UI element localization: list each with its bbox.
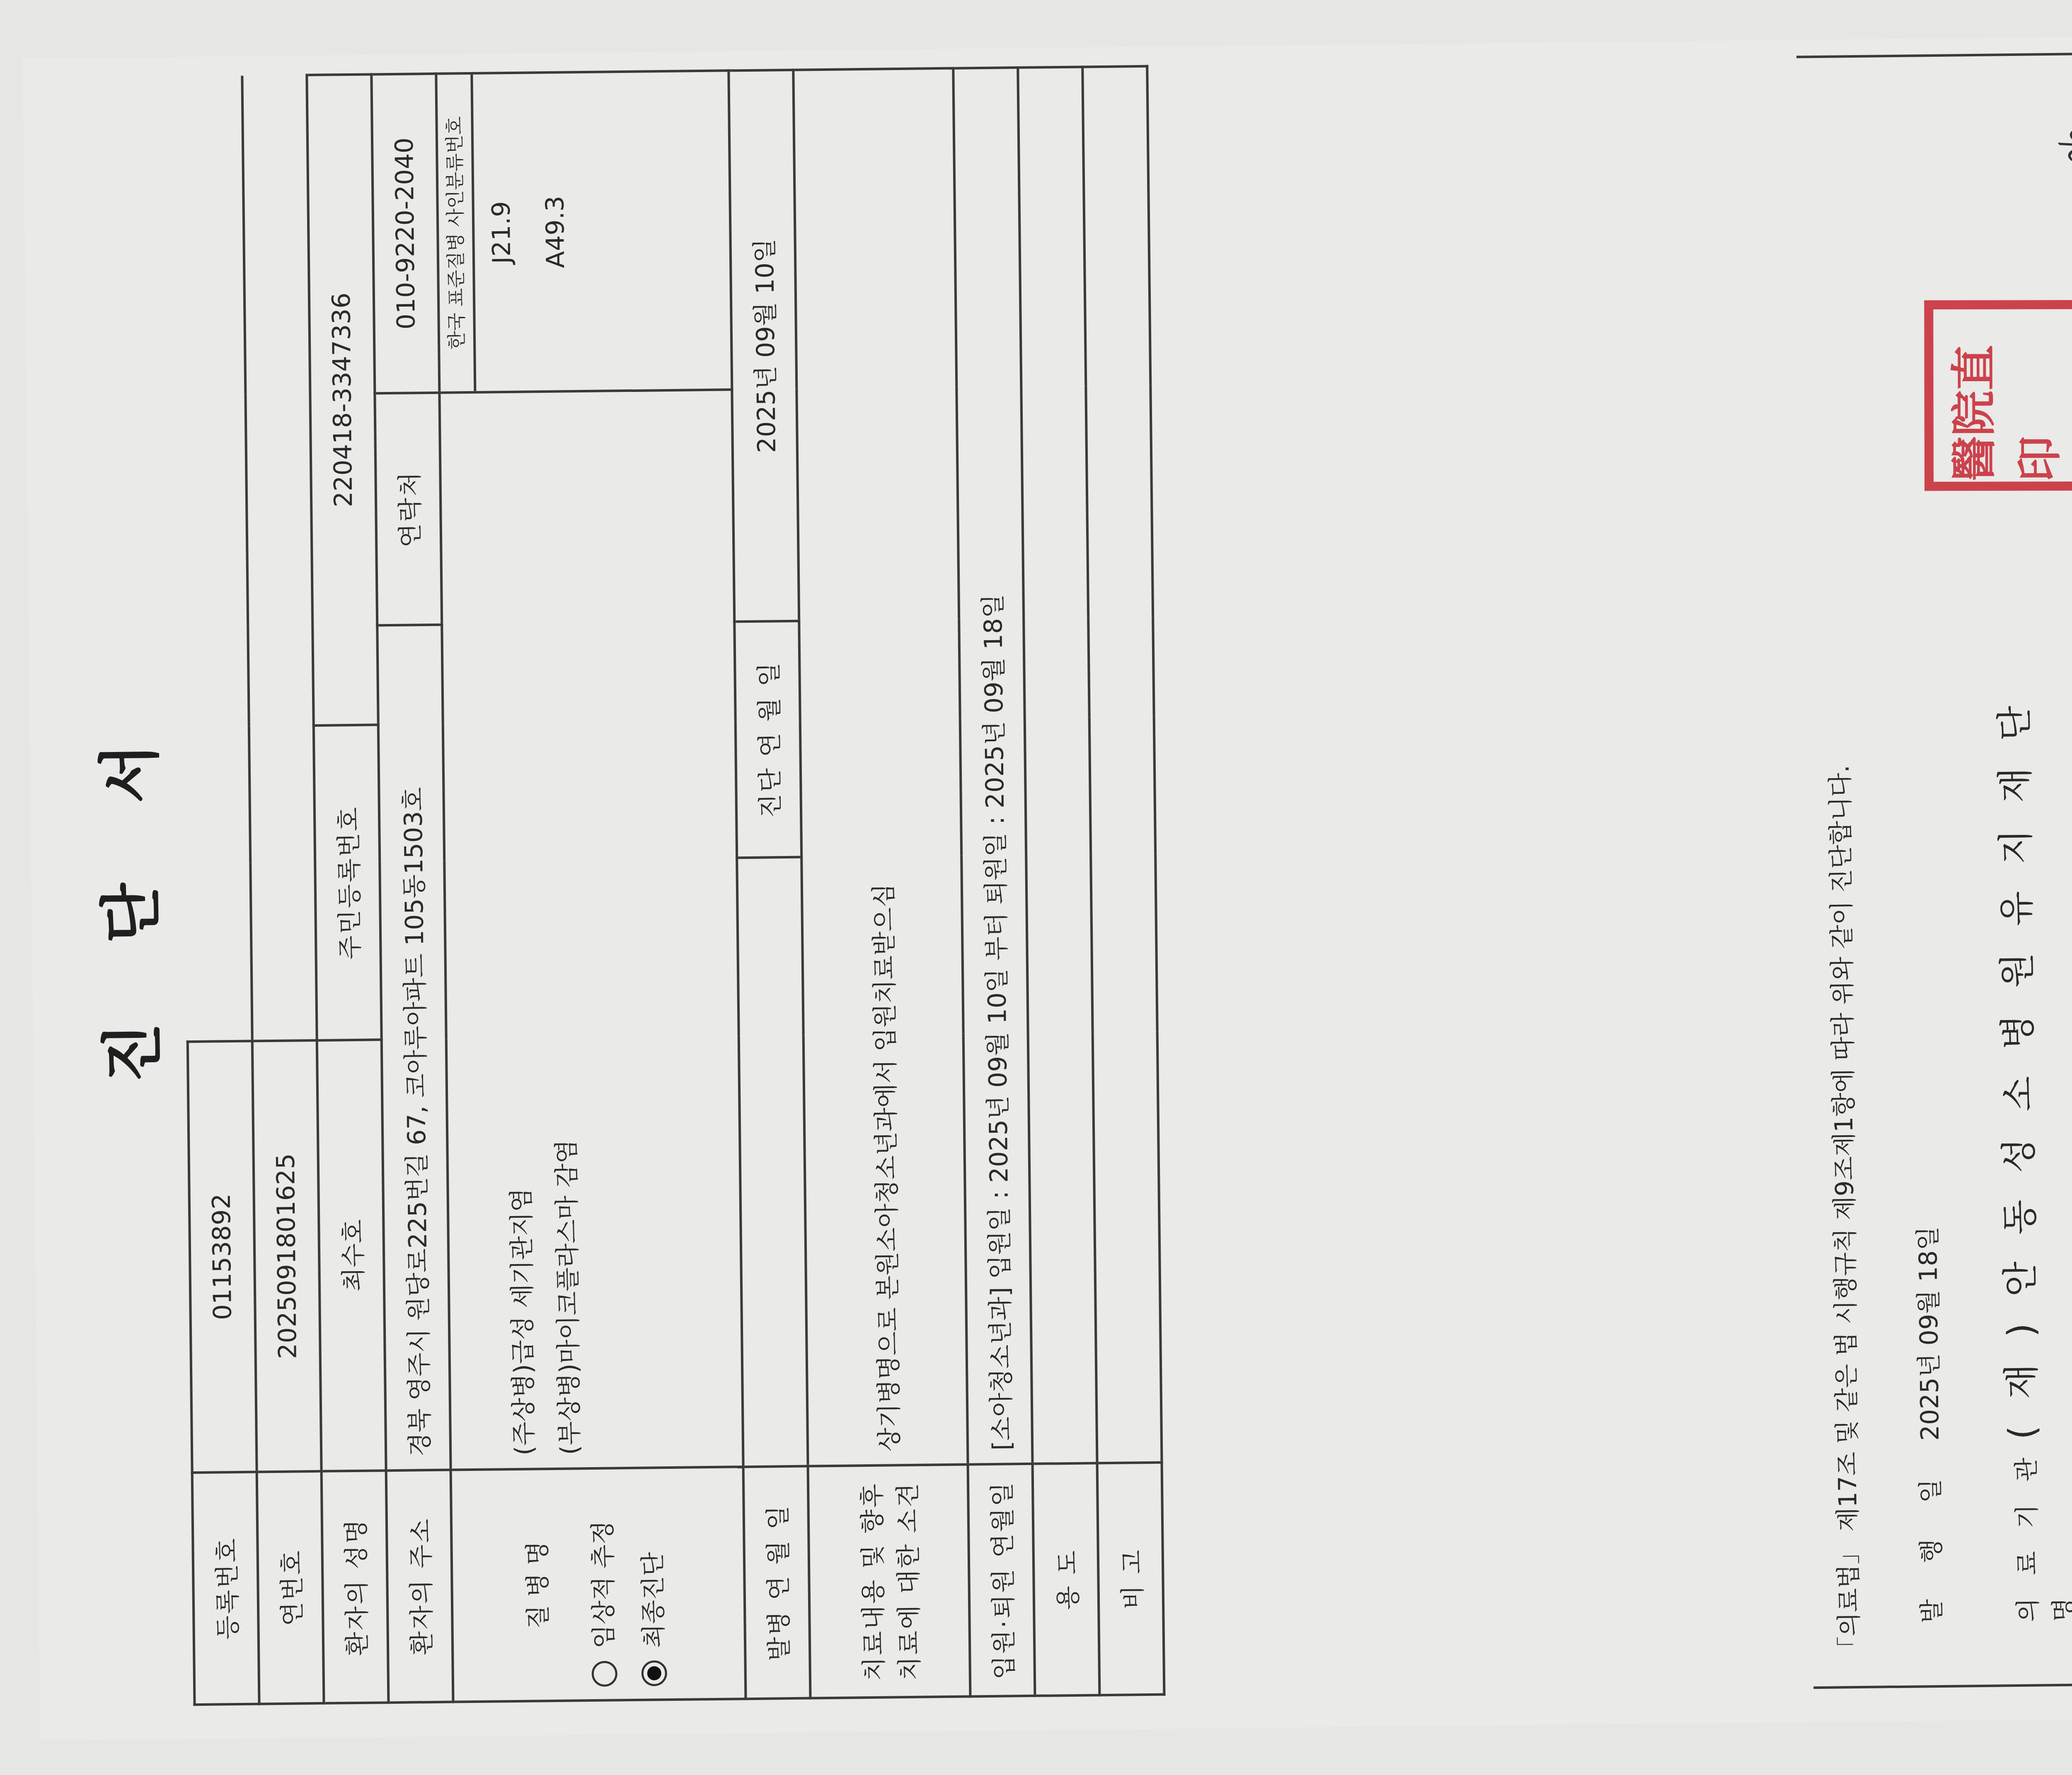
diagnosis-date-value: 2025년 09월 10일: [729, 70, 799, 622]
remarks-label: 비 고: [1097, 1463, 1164, 1695]
diagnosis-certificate-page: 진 단 서 등록번호 01153892 연번호 2025091801625 환자…: [23, 34, 2072, 1741]
law-statement: 「의료법」 제17조 및 같은 법 시행규칙 제9조제1항에 따라 위와 같이 …: [1820, 765, 1866, 1661]
option-clinical-estimate-label: 임상적 추정: [578, 1520, 629, 1649]
contact-label: 연락처: [375, 393, 442, 626]
institution-label: 의 료 기 관 명: [2007, 1439, 2072, 1622]
institution-row: 의 료 기 관 명 (재)안동성소병원유지재단: [1985, 679, 2072, 1623]
document-title: 진 단 서: [73, 57, 180, 1740]
issue-date-value: 2025년 09월 18일: [1908, 1226, 1946, 1441]
patient-name-label: 환자의 성명: [322, 1470, 389, 1703]
serial-no-value: 2025091801625: [252, 1040, 322, 1472]
diagnosis-names: (주상병)급성 세기관지염 (부상병)마이코플라스마 감염: [439, 389, 743, 1470]
onset-value: [737, 857, 808, 1467]
resident-id-label: 주민등록번호: [314, 725, 382, 1040]
issue-date-row: 발 행 일 2025년 09월 18일: [1908, 1226, 1948, 1623]
contact-value: 010-9220-2040: [371, 74, 439, 394]
row-diagnosis: 질 병 명 임상적 추정 최종진단 (주상병)급성 세기관지염 (부상병)마이코…: [436, 70, 746, 1702]
row-treatment: 치료내용 및 향후 치료에 대한 소견 상기병명으로 본원소아청소년과에서 입원…: [793, 68, 970, 1698]
issue-date-label: 발 행 일: [1910, 1441, 1948, 1623]
diagnosis-codes: 한국 표준질병 사인분류번호 J21.9 A49.3: [436, 70, 732, 392]
diagnosis-code-primary: J21.9: [473, 74, 530, 391]
official-seal-stamp: 醫院直印 진단전용: [1924, 300, 2072, 491]
admission-label: 입원·퇴원 연월일: [968, 1464, 1035, 1697]
certificate-form-table: 등록번호 01153892 연번호 2025091801625 환자의 성명 최…: [176, 65, 1165, 1706]
attestation-section: 「의료법」 제17조 및 같은 법 시행규칙 제9조제1항에 따라 위와 같이 …: [1796, 51, 2072, 1689]
diagnosis-label-cell: 질 병 명 임상적 추정 최종진단: [451, 1467, 746, 1702]
treatment-label: 치료내용 및 향후 치료에 대한 소견: [808, 1465, 971, 1698]
radio-final-diagnosis-icon[interactable]: [641, 1660, 667, 1686]
registration-no-label: 등록번호: [192, 1472, 259, 1705]
option-clinical-estimate[interactable]: 임상적 추정: [578, 1482, 629, 1687]
diagnosis-label: 질 병 명: [517, 1482, 555, 1688]
radio-clinical-estimate-icon[interactable]: [591, 1661, 617, 1687]
option-final-diagnosis-label: 최종진단: [628, 1552, 679, 1648]
patient-address-label: 환자의 주소: [386, 1470, 453, 1703]
diagnosis-date-label: 진단 연 월 일: [734, 621, 801, 858]
treatment-value: 상기병명으로 본원소아청소년과에서 입원치료받으심: [793, 68, 968, 1466]
institution-value: (재)안동성소병원유지재단: [1985, 679, 2045, 1440]
option-final-diagnosis[interactable]: 최종진단: [627, 1481, 679, 1686]
onset-label: 발병 연 월 일: [743, 1466, 811, 1699]
kcd-code-header: 한국 표준질병 사인분류번호: [437, 75, 476, 392]
diagnosis-code-secondary: A49.3: [527, 73, 584, 390]
registration-no-value: 01153892: [188, 1041, 257, 1473]
purpose-label: 용 도: [1033, 1463, 1100, 1696]
patient-name-value: 최수호: [317, 1040, 386, 1471]
serial-no-label: 연번호: [257, 1471, 324, 1704]
seal-top-text: 醫院直印: [1933, 309, 2072, 482]
patient-address-value: 경북 영주시 원당로225번길 67, 코아루아파트 105동1503호: [377, 625, 450, 1471]
handwritten-initial: 7%: [2050, 117, 2072, 191]
resident-id-value: 220418-3347336: [307, 74, 378, 725]
